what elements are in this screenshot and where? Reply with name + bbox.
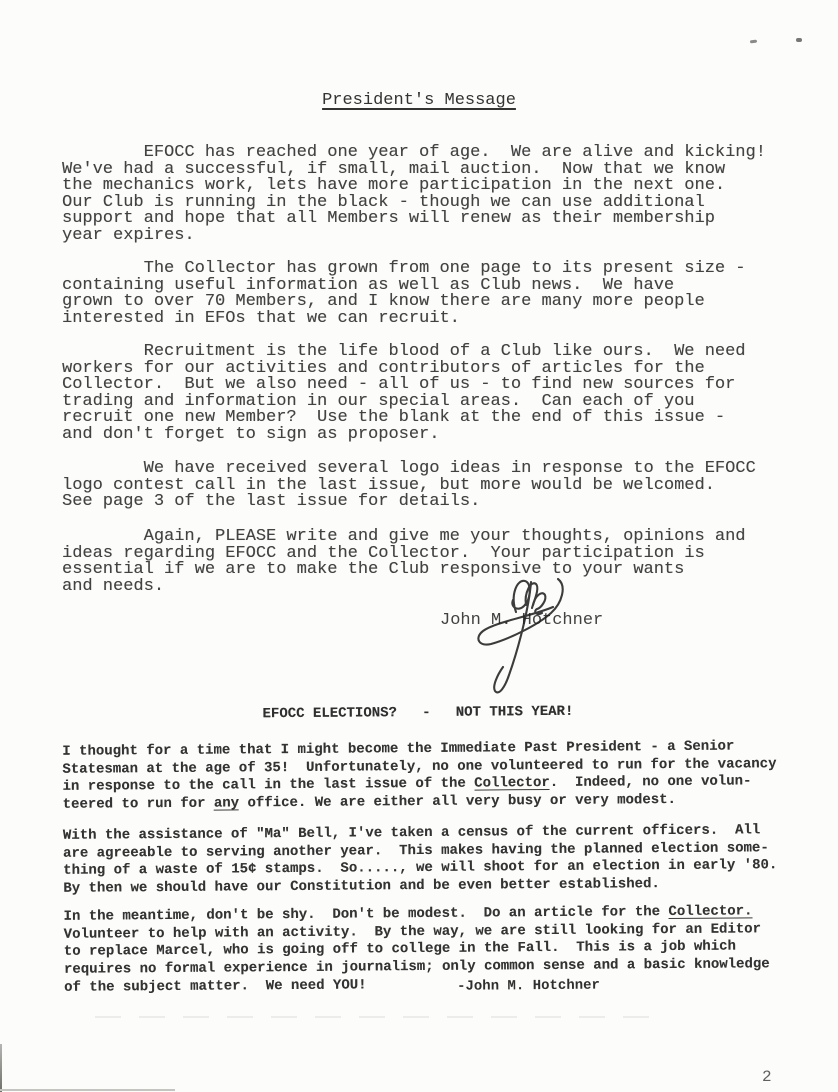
elections-heading: EFOCC ELECTIONS? - NOT THIS YEAR! bbox=[0, 702, 837, 725]
elections-section: EFOCC ELECTIONS? - NOT THIS YEAR! I thou… bbox=[0, 0, 838, 1092]
scan-smudge-line bbox=[95, 1016, 650, 1018]
paragraph-elections-1: I thought for a time that I might become… bbox=[62, 738, 777, 814]
page-number: 2 bbox=[762, 1068, 772, 1086]
signoff-name: -John M. Hotchner bbox=[457, 978, 600, 996]
paragraph-text: With the assistance of "Ma" Bell, I've t… bbox=[63, 822, 778, 898]
paragraph-text: In the meantime, don't be shy. Don't be … bbox=[63, 903, 769, 997]
paragraph-elections-3: In the meantime, don't be shy. Don't be … bbox=[63, 903, 769, 997]
scan-edge-mark bbox=[0, 1044, 2, 1092]
document-page: President's Message EFOCC has reached on… bbox=[0, 0, 838, 1092]
underline-any bbox=[214, 809, 239, 810]
scan-speck bbox=[796, 38, 802, 42]
scan-edge-mark bbox=[0, 1089, 175, 1091]
paragraph-elections-2: With the assistance of "Ma" Bell, I've t… bbox=[63, 822, 778, 898]
paragraph-text: I thought for a time that I might become… bbox=[62, 738, 777, 814]
